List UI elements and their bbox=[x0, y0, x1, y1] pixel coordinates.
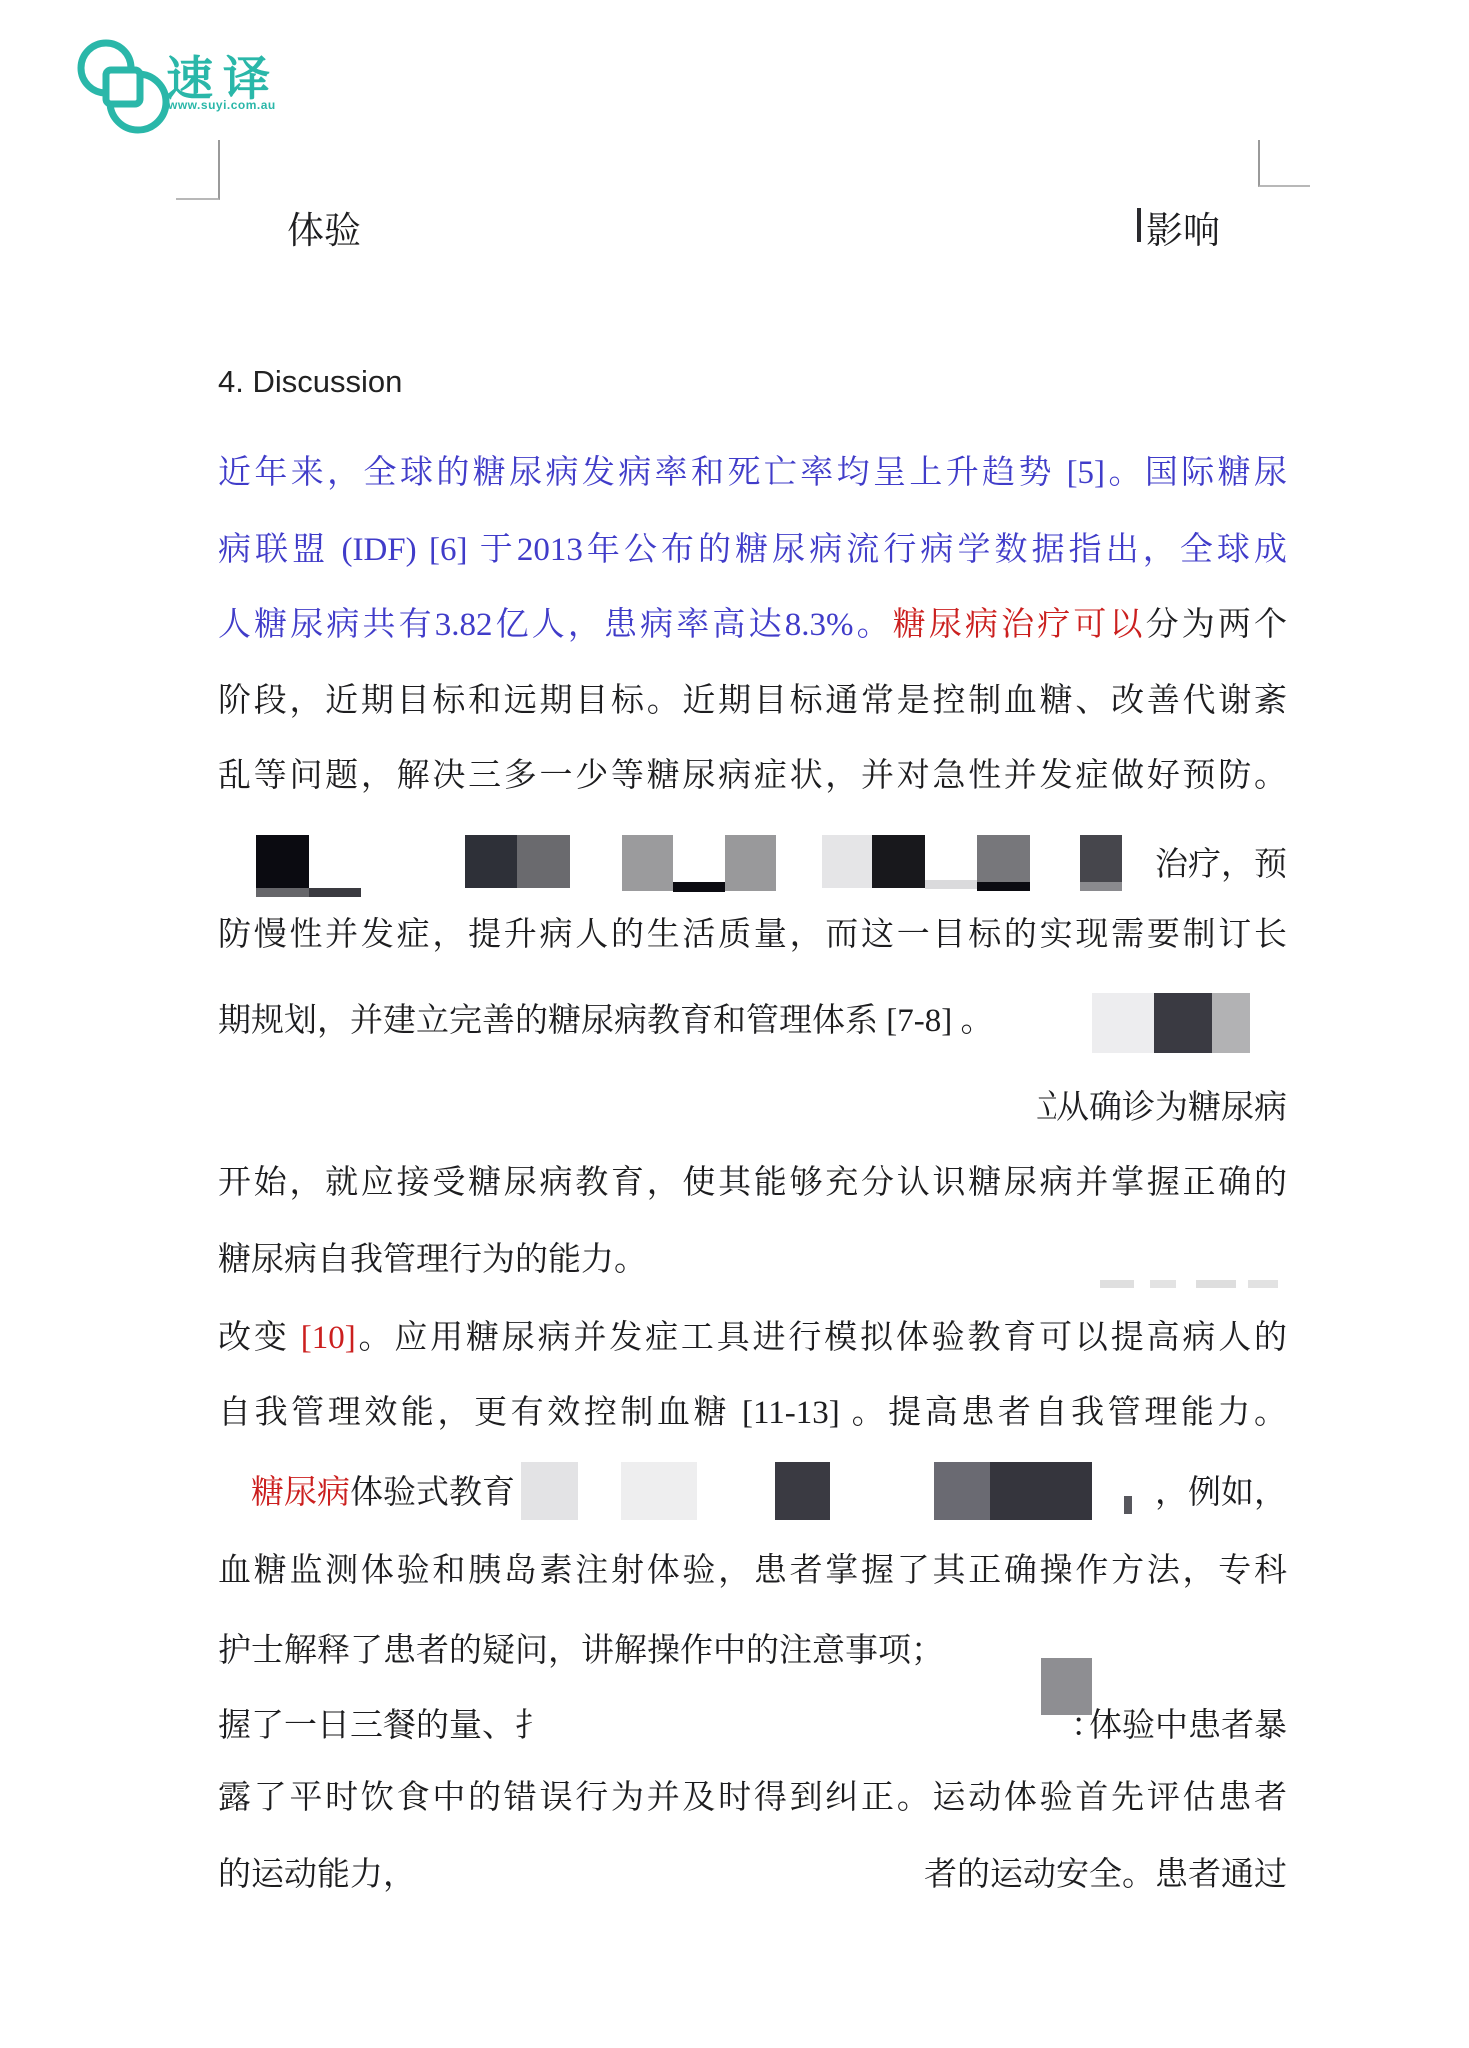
redaction-block bbox=[673, 882, 725, 892]
redaction-block bbox=[822, 835, 872, 888]
body-line-redacted: 的运动能力，者的运动安全。患者通过 bbox=[218, 1852, 1287, 1898]
text-run-black: 分为两个 bbox=[1146, 607, 1287, 643]
redaction-block bbox=[1150, 1280, 1176, 1288]
redaction-block bbox=[1212, 993, 1250, 1053]
body-line: 病联盟 (IDF) [6] 于2013年公布的糖尿病流行病学数据指出，全球成 bbox=[218, 527, 1287, 573]
text-run: 改变 bbox=[218, 1320, 301, 1356]
redaction-block bbox=[1248, 1280, 1278, 1288]
body-line: 近年来，全球的糖尿病发病率和死亡率均呈上升趋势 [5]。国际糖尿 bbox=[218, 450, 1287, 496]
text-run: ，例如， bbox=[1155, 1470, 1287, 1516]
text-run-blue: 人糖尿病共有3.82亿人，患病率高达8.3%。 bbox=[218, 607, 893, 643]
text-run-red: 糖尿病治疗可以 bbox=[893, 607, 1146, 643]
redaction-block bbox=[1092, 993, 1154, 1053]
text-run: 。应用糖尿病并发症工具进行模拟体验教育可以提高病人的 bbox=[356, 1320, 1287, 1356]
running-header-right: 影响 bbox=[1146, 200, 1220, 254]
redaction-block bbox=[621, 1462, 697, 1520]
redaction-block bbox=[1196, 1280, 1236, 1288]
redaction-block bbox=[725, 835, 776, 891]
text-run: 体验中患者暴 bbox=[1089, 1703, 1287, 1749]
text-run: 者的运动安全。患者通过 bbox=[924, 1852, 1287, 1898]
suyi-logo: 速译 www.suyi.com.au bbox=[76, 30, 336, 150]
body-line: 开始，就应接受糖尿病教育，使其能够充分认识糖尿病并掌握正确的 bbox=[218, 1160, 1287, 1206]
text-run: 握了一日三餐的量、扌 bbox=[218, 1708, 548, 1744]
section-heading: 4. Discussion bbox=[218, 364, 402, 400]
redaction-block bbox=[977, 835, 1030, 882]
redaction-block bbox=[309, 888, 361, 897]
partial-char: 立 bbox=[1036, 1085, 1056, 1131]
text-run: 从确诊为糖尿病 bbox=[1056, 1090, 1287, 1126]
redaction-block bbox=[256, 888, 309, 897]
logo-url: www.suyi.com.au bbox=[168, 98, 276, 112]
running-header-partial-char bbox=[1137, 208, 1141, 242]
redaction-block bbox=[1080, 882, 1122, 891]
body-line: 防慢性并发症，提升病人的生活质量，而这一目标的实现需要制订长 bbox=[218, 912, 1287, 958]
redaction-block bbox=[775, 1462, 830, 1520]
redaction-block bbox=[925, 880, 977, 889]
body-line: 立从确诊为糖尿病 bbox=[218, 1085, 1287, 1131]
redaction-block bbox=[622, 835, 673, 891]
text-run: 的运动能力， bbox=[218, 1857, 416, 1893]
redaction-block bbox=[990, 1462, 1092, 1520]
body-line: 护士解释了患者的疑问，讲解操作中的注意事项； bbox=[218, 1628, 1287, 1674]
citation-ref: [10] bbox=[301, 1320, 356, 1356]
redaction-block bbox=[1080, 835, 1122, 882]
body-line: 糖尿病自我管理行为的能力。 bbox=[218, 1237, 1287, 1283]
redaction-block bbox=[977, 882, 1030, 891]
body-line: 人糖尿病共有3.82亿人，患病率高达8.3%。糖尿病治疗可以分为两个 bbox=[218, 602, 1287, 648]
margin-mark-top-right bbox=[1258, 140, 1310, 187]
body-line: 阶段，近期目标和远期目标。近期目标通常是控制血糖、改善代谢紊 bbox=[218, 678, 1287, 724]
redaction-block bbox=[1100, 1280, 1134, 1288]
body-line: 血糖监测体验和胰岛素注射体验，患者掌握了其正确操作方法，专科 bbox=[218, 1548, 1287, 1594]
redaction-block bbox=[872, 835, 925, 888]
redaction-block bbox=[1124, 1496, 1132, 1514]
body-line: 自我管理效能，更有效控制血糖 [11-13] 。提高患者自我管理能力。 bbox=[218, 1390, 1287, 1436]
body-line: 乱等问题，解决三多一少等糖尿病症状，并对急性并发症做好预防。 bbox=[218, 753, 1287, 799]
body-line: 改变 [10]。应用糖尿病并发症工具进行模拟体验教育可以提高病人的 bbox=[218, 1315, 1287, 1361]
text-run: 体验式教育 bbox=[350, 1475, 515, 1511]
redaction-block bbox=[1154, 993, 1212, 1053]
suyi-logo-icon bbox=[76, 38, 172, 142]
redaction-block bbox=[517, 835, 570, 888]
margin-mark-top-left bbox=[176, 140, 220, 200]
redaction-block bbox=[256, 835, 309, 888]
document-page: 速译 www.suyi.com.au 体验 影响 4. Discussion 近… bbox=[0, 0, 1469, 2048]
body-line-redacted: 握了一日三餐的量、扌：体验中患者暴 bbox=[218, 1703, 1287, 1749]
running-header-left: 体验 bbox=[287, 200, 361, 254]
text-run-red: 糖尿病 bbox=[251, 1475, 350, 1511]
redaction-block bbox=[465, 835, 517, 888]
redaction-block bbox=[521, 1462, 578, 1520]
redaction-block bbox=[1041, 1658, 1092, 1715]
redaction-block bbox=[934, 1462, 990, 1520]
body-line: 露了平时饮食中的错误行为并及时得到纠正。运动体验首先评估患者 bbox=[218, 1775, 1287, 1821]
